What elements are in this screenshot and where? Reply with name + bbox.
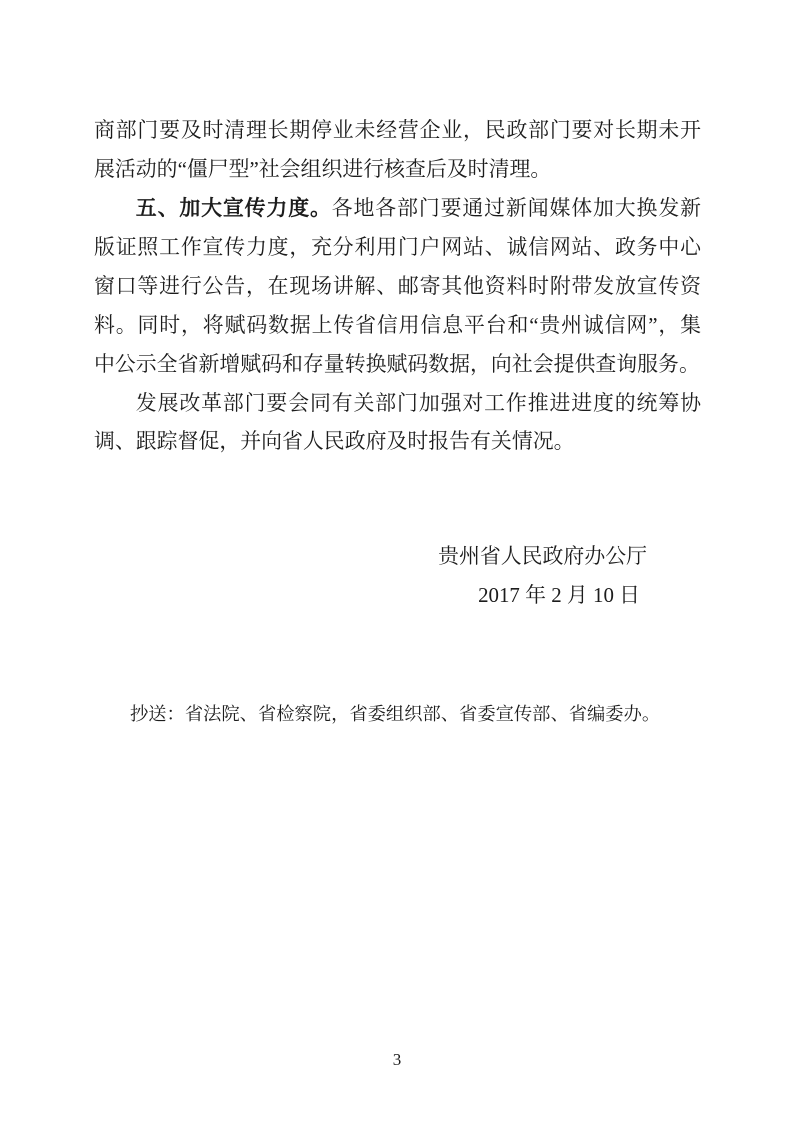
body-line: 中公示全省新增赋码和存量转换赋码数据，向社会提供查询服务。	[94, 345, 701, 384]
body-line: 窗口等进行公告，在现场讲解、邮寄其他资料时附带发放宣传资	[94, 267, 701, 306]
signature-date: 2017 年 2 月 10 日	[478, 585, 640, 606]
document-body: 商部门要及时清理长期停业未经营企业，民政部门要对长期未开 展活动的“僵尸型”社会…	[94, 111, 701, 461]
body-line: 料。同时，将赋码数据上传省信用信息平台和“贵州诚信网”，集	[94, 306, 701, 345]
document-page: 商部门要及时清理长期停业未经营企业，民政部门要对长期未开 展活动的“僵尸型”社会…	[0, 0, 794, 1123]
body-line: 调、跟踪督促，并向省人民政府及时报告有关情况。	[94, 422, 701, 461]
body-line-text: 各地各部门要通过新闻媒体加大换发新	[332, 196, 701, 220]
body-line: 五、加大宣传力度。各地各部门要通过新闻媒体加大换发新	[94, 189, 701, 229]
signature-issuer: 贵州省人民政府办公厅	[438, 546, 647, 567]
body-line: 展活动的“僵尸型”社会组织进行核查后及时清理。	[94, 150, 701, 189]
body-line: 版证照工作宣传力度，充分利用门户网站、诚信网站、政务中心	[94, 228, 701, 267]
body-line: 商部门要及时清理长期停业未经营企业，民政部门要对长期未开	[94, 111, 701, 150]
page-number: 3	[0, 1050, 794, 1070]
cc-line: 抄送：省法院、省检察院，省委组织部、省委宣传部、省编委办。	[130, 703, 660, 725]
section-heading: 五、加大宣传力度。	[136, 197, 332, 220]
body-line: 发展改革部门要会同有关部门加强对工作推进进度的统筹协	[94, 384, 701, 423]
